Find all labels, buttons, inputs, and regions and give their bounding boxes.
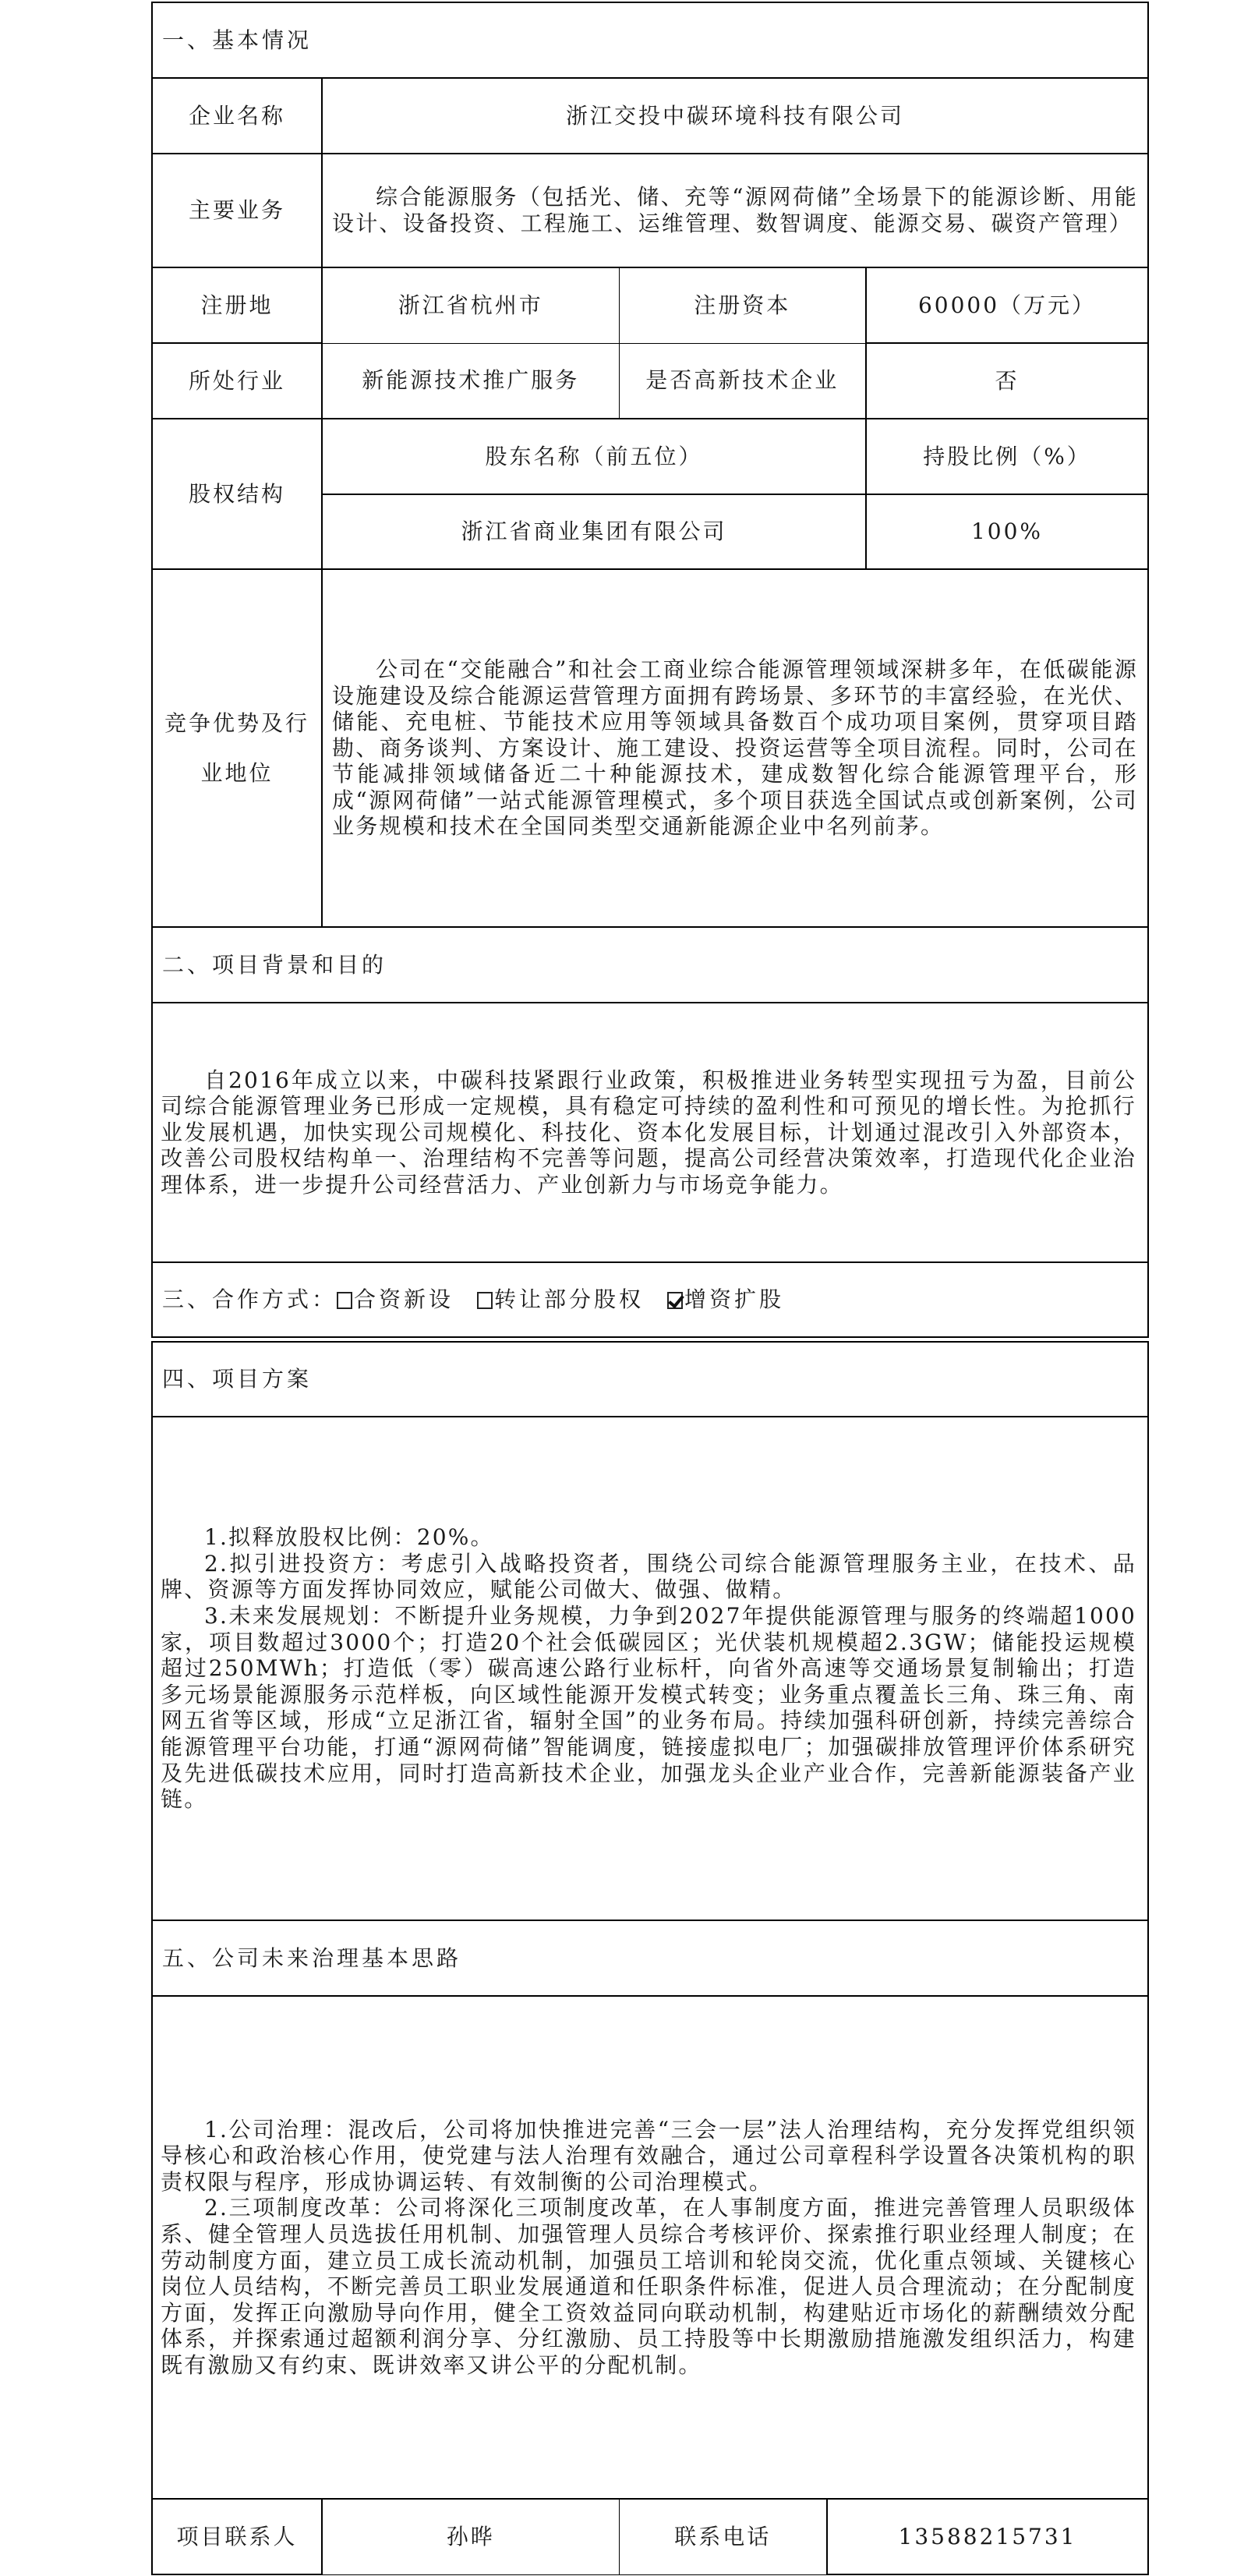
registered-capital-value: 60000（万元） xyxy=(866,267,1148,343)
section-5-title: 五、公司未来治理基本思路 xyxy=(152,1920,1148,1996)
high-tech-value: 否 xyxy=(866,343,1148,419)
contact-person-label: 项目联系人 xyxy=(152,2499,322,2574)
company-name-label: 企业名称 xyxy=(152,78,322,154)
main-business-value: 综合能源服务（包括光、储、充等“源网荷储”全场景下的能源诊断、用能设计、设备投资… xyxy=(322,154,1148,267)
contact-phone-value: 13588215731 xyxy=(827,2499,1148,2574)
section-5-body: 1.公司治理：混改后，公司将加快推进完善“三会一层”法人治理结构，充分发挥党组织… xyxy=(152,1996,1148,2499)
governance-item-reform: 2.三项制度改革：公司将深化三项制度改革，在人事制度方面，推进完善管理人员职级体… xyxy=(161,2195,1136,2378)
plan-item-future-plan: 3.未来发展规划：不断提升业务规模，力争到2027年提供能源管理与服务的终端超1… xyxy=(161,1603,1136,1813)
section-3-cooperation: 三、合作方式：合资新设转让部分股权增资扩股 xyxy=(152,1262,1148,1337)
section-1-title: 一、基本情况 xyxy=(152,2,1148,78)
registered-place-value: 浙江省杭州市 xyxy=(322,267,619,343)
info-table-part1: 一、基本情况 企业名称 浙江交投中碳环境科技有限公司 主要业务 综合能源服务（包… xyxy=(151,2,1149,1338)
option-transfer-equity[interactable]: 转让部分股权 xyxy=(477,1286,644,1312)
industry-label: 所处行业 xyxy=(152,343,322,419)
checkbox-checked-icon[interactable] xyxy=(667,1292,683,1309)
company-name-value: 浙江交投中碳环境科技有限公司 xyxy=(322,78,1148,154)
share-ratio-header: 持股比例（%） xyxy=(866,419,1148,494)
contact-phone-label: 联系电话 xyxy=(619,2499,827,2574)
shareholder-ratio: 100% xyxy=(866,494,1148,569)
section-3-title: 三、合作方式： xyxy=(162,1286,337,1312)
section-2-text: 自2016年成立以来，中碳科技紧跟行业政策，积极推进业务转型实现扭亏为盈，目前公… xyxy=(161,1067,1136,1198)
section-2-body: 自2016年成立以来，中碳科技紧跟行业政策，积极推进业务转型实现扭亏为盈，目前公… xyxy=(152,1003,1148,1262)
info-table-part2: 四、项目方案 1.拟释放股权比例：20%。 2.拟引进投资方：考虑引入战略投资者… xyxy=(151,1341,1149,2575)
option-label: 转让部分股权 xyxy=(494,1286,644,1312)
shareholder-name-header: 股东名称（前五位） xyxy=(322,419,866,494)
option-label: 增资扩股 xyxy=(684,1286,784,1312)
competitive-advantage-label: 竞争优势及行业地位 xyxy=(152,569,322,927)
contact-person-value: 孙晔 xyxy=(322,2499,619,2574)
competitive-advantage-value: 公司在“交能融合”和社会工商业综合能源管理领域深耕多年，在低碳能源设施建设及综合… xyxy=(322,569,1148,927)
section-4-title: 四、项目方案 xyxy=(152,1342,1148,1417)
high-tech-label: 是否高新技术企业 xyxy=(619,343,866,419)
registered-capital-label: 注册资本 xyxy=(619,267,866,343)
governance-item-corporate: 1.公司治理：混改后，公司将加快推进完善“三会一层”法人治理结构，充分发挥党组织… xyxy=(161,2117,1136,2196)
industry-value: 新能源技术推广服务 xyxy=(322,343,619,419)
competitive-advantage-text: 公司在“交能融合”和社会工商业综合能源管理领域深耕多年，在低碳能源设施建设及综合… xyxy=(332,656,1138,840)
option-label: 合资新设 xyxy=(354,1286,454,1312)
main-business-text: 综合能源服务（包括光、储、充等“源网荷储”全场景下的能源诊断、用能设计、设备投资… xyxy=(332,184,1138,236)
checkbox-unchecked-icon[interactable] xyxy=(337,1292,352,1309)
plan-item-investor: 2.拟引进投资方：考虑引入战略投资者，围绕公司综合能源管理服务主业，在技术、品牌… xyxy=(161,1551,1136,1603)
project-info-document: 一、基本情况 企业名称 浙江交投中碳环境科技有限公司 主要业务 综合能源服务（包… xyxy=(151,2,1147,2575)
plan-item-equity-ratio: 1.拟释放股权比例：20%。 xyxy=(161,1524,1136,1551)
section-4-body: 1.拟释放股权比例：20%。 2.拟引进投资方：考虑引入战略投资者，围绕公司综合… xyxy=(152,1417,1148,1920)
option-capital-increase[interactable]: 增资扩股 xyxy=(667,1286,784,1312)
competitive-advantage-label-text: 竞争优势及行业地位 xyxy=(164,710,309,786)
shareholder-name: 浙江省商业集团有限公司 xyxy=(322,494,866,569)
equity-structure-label: 股权结构 xyxy=(152,419,322,569)
option-new-joint-venture[interactable]: 合资新设 xyxy=(337,1286,454,1312)
registered-place-label: 注册地 xyxy=(152,267,322,343)
section-2-title: 二、项目背景和目的 xyxy=(152,927,1148,1003)
main-business-label: 主要业务 xyxy=(152,154,322,267)
checkbox-unchecked-icon[interactable] xyxy=(477,1292,493,1309)
